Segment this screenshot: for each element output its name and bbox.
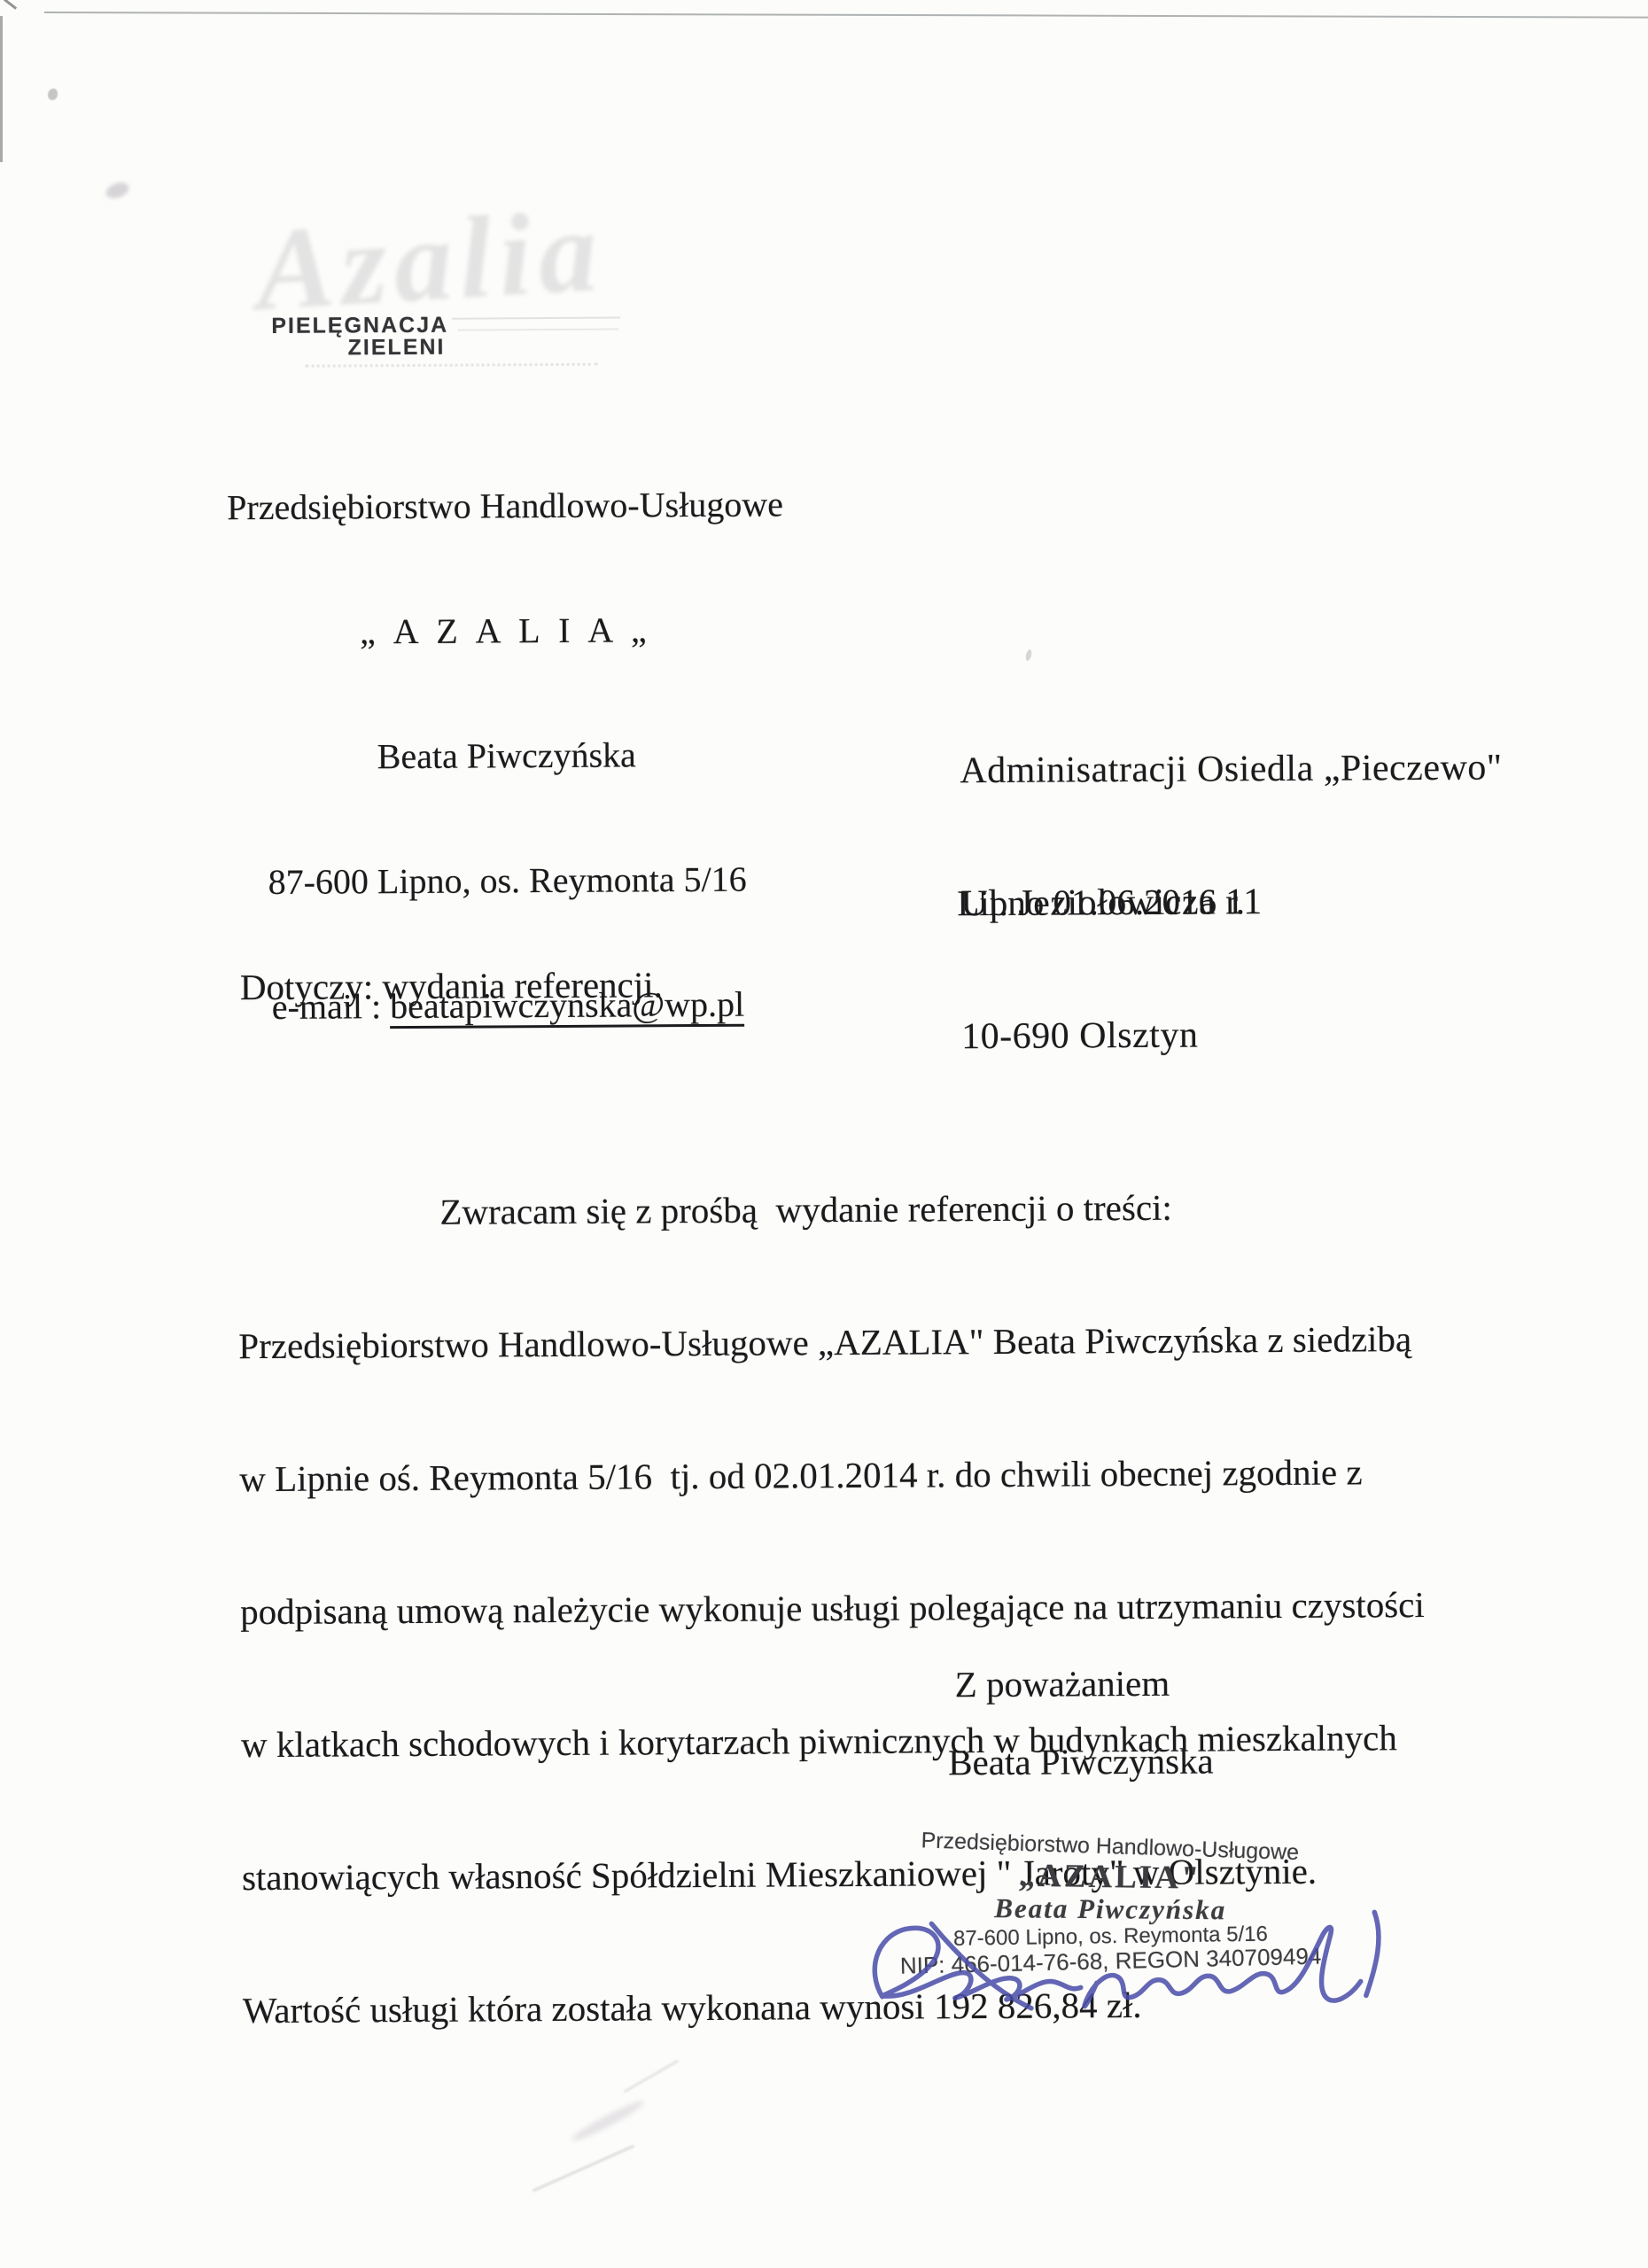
handwritten-signature	[855, 1887, 1405, 2059]
sender-company-line: Przedsiębiorstwo Handlowo-Usługowe	[219, 483, 790, 528]
letter-content: Azalia PIELĘGNACJA ZIELENI Przedsiębiors…	[0, 0, 1648, 2268]
logo-tagline-line2: ZIELENI	[271, 335, 445, 361]
recipient-name: Adminisatracji Osiedla „Pieczewo"	[960, 745, 1502, 793]
signature-stroke	[1365, 1912, 1379, 1995]
recipient-city: 10-690 Olsztyn	[961, 1011, 1504, 1059]
sender-owner-name: Beata Piwczyńska	[221, 733, 792, 778]
faded-logo-stroke	[457, 329, 618, 331]
subject-line: Dotyczy: wydania referencji.	[240, 963, 663, 1008]
body-line: w Lipnie oś. Reymonta 5/16 tj. od 02.01.…	[239, 1449, 1424, 1501]
sender-company-name: „ A Z A L I A „	[220, 608, 791, 653]
body-line: podpisaną umową należycie wykonuje usług…	[240, 1582, 1425, 1634]
date-line: Lipno 01.06.2016 r.	[957, 880, 1245, 924]
valediction: Z poważaniem	[955, 1662, 1170, 1705]
sender-address: 87-600 Lipno, os. Reymonta 5/16	[222, 858, 793, 903]
body-line: Zwracam się z prośbą wydanie referencji …	[237, 1184, 1422, 1235]
scanned-letter-page: Azalia PIELĘGNACJA ZIELENI Przedsiębiors…	[0, 0, 1648, 2268]
body-line: w klatkach schodowych i korytarzach piwn…	[241, 1715, 1426, 1767]
body-line: Przedsiębiorstwo Handlowo-Usługowe „AZAL…	[238, 1317, 1423, 1368]
signature-stroke	[1084, 1927, 1361, 2006]
faded-logo-stroke	[306, 363, 598, 368]
signatory-name: Beata Piwczyńska	[948, 1739, 1214, 1783]
signature-stroke	[875, 1927, 1081, 2000]
